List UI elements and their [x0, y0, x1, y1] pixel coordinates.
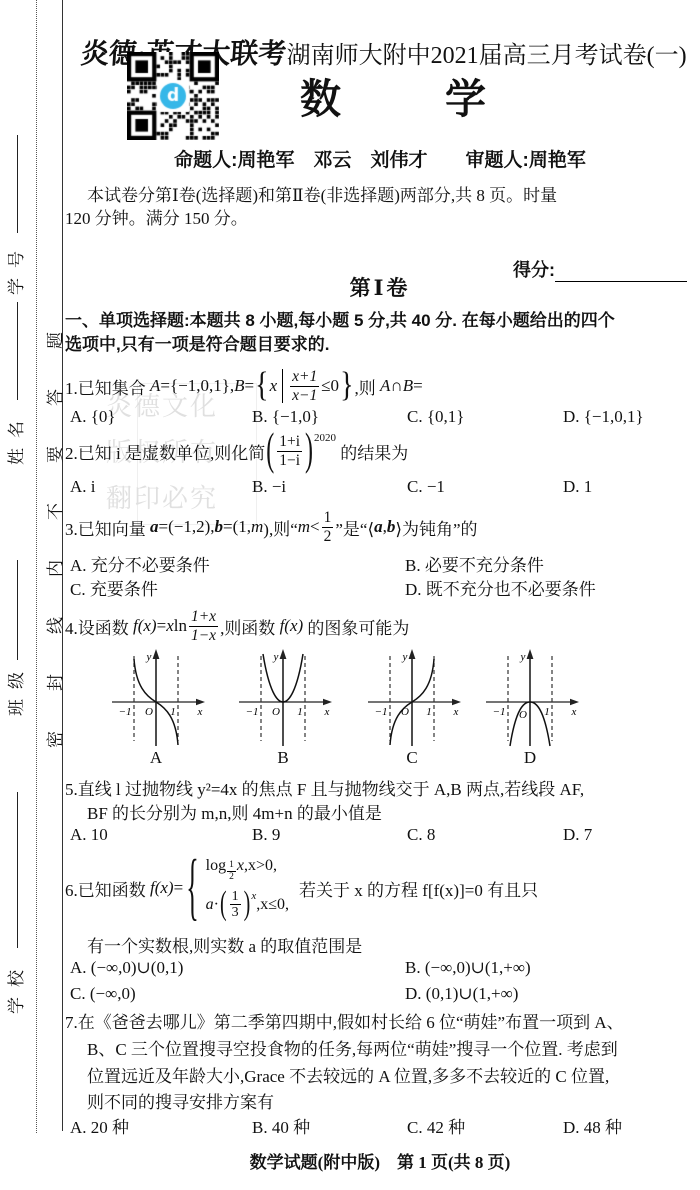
seal-dotted-line	[36, 0, 37, 1133]
q2-paren-open: (	[266, 425, 274, 476]
q6-log-base: 12	[227, 860, 236, 882]
q6-text: =	[174, 878, 184, 898]
page: { "header": { "brand": "炎德·英才大联考", "exam…	[0, 0, 700, 1190]
q2-option-c: C. −1	[407, 477, 445, 497]
q1-var-b: B	[234, 376, 244, 396]
q6-option-b: B. (−∞,0)∪(1,+∞)	[405, 958, 531, 978]
q3-text: =(1,	[223, 517, 251, 537]
q1-option-c: C. {0,1}	[407, 407, 464, 427]
q3-vector-b: b	[387, 517, 396, 537]
q5-option-c: C. 8	[407, 825, 435, 845]
origin-label: O	[401, 706, 409, 718]
q4-fx: f(x)	[280, 616, 304, 636]
x-tick-neg1: −1	[493, 706, 506, 718]
subject-title: 数 学	[300, 66, 486, 125]
q4-fraction: 1+x1−x	[189, 608, 218, 643]
intro-line-1: 本试卷分第Ⅰ卷(选择题)和第Ⅱ卷(非选择题)两部分,共 8 页。时量	[87, 181, 557, 206]
part1-heading: 第Ⅰ卷	[62, 272, 698, 302]
question-4-stem: 4.设函数 f(x)=xln 1+x1−x ,则函数 f(x) 的图象可能为	[65, 606, 409, 646]
qr-code	[127, 52, 219, 140]
subject-char-shu: 数	[300, 66, 341, 125]
x-tick-1: 1	[297, 706, 303, 718]
q4-graph-c: −1 O 1 x y	[368, 646, 462, 750]
question-1-stem: 1.已知集合 A={−1,0,1},B= { x x+1x−1 ≤0 } ,则 …	[65, 366, 423, 406]
q1-brace-open: {	[255, 366, 268, 406]
student-id-blank-line	[17, 135, 18, 233]
q6-text: 6.已知函数	[65, 876, 150, 901]
x-axis-label: x	[324, 706, 330, 718]
x-tick-1: 1	[170, 706, 176, 718]
x-axis-label: x	[197, 706, 203, 718]
q6-paren-open: (	[220, 885, 227, 924]
q3-text: ”是“⟨	[335, 515, 374, 540]
q5-option-b: B. 9	[252, 825, 280, 845]
field-label-student-id: 学号	[2, 241, 27, 295]
q7-option-b: B. 40 种	[252, 1113, 310, 1138]
q6-option-d: D. (0,1)∪(1,+∞)	[405, 984, 518, 1004]
q1-option-b: B. {−1,0}	[252, 407, 319, 427]
q4-var-x: x	[166, 616, 174, 636]
y-axis-label: y	[146, 651, 152, 663]
q7-option-c: C. 42 种	[407, 1113, 465, 1138]
q2-text: 2.已知 i 是虚数单位,则化简	[65, 439, 265, 464]
q3-fraction-numerator: 1	[322, 509, 334, 527]
x-axis-arrow	[323, 699, 332, 705]
origin-label: O	[272, 706, 280, 718]
x-tick-neg1: −1	[119, 706, 132, 718]
examiners-line: 命题人:周艳军 邓云 刘伟才 审题人:周艳军	[62, 145, 698, 172]
q3-option-c: C. 充要条件	[70, 575, 158, 600]
q1-intersect-symbol: ∩	[390, 376, 402, 396]
q4-graph-label-d: D	[510, 748, 550, 768]
q4-graph-label-c: C	[392, 748, 432, 768]
q1-text: 1.已知集合	[65, 374, 150, 399]
q6-piecewise-row-2: a·(13)x,x≤0,	[206, 889, 289, 921]
q2-paren-close: )	[305, 425, 313, 476]
q2-option-d: D. 1	[563, 477, 592, 497]
q4-graph-label-a: A	[136, 748, 176, 768]
x-tick-1: 1	[544, 706, 550, 718]
question-7-line-3: 位置远近及年龄大小,Grace 不去较远的 A 位置,多多不去较近的 C 位置,	[87, 1062, 609, 1087]
q6-var-a: a	[206, 896, 214, 914]
q4-graph-b: −1 O 1 x y	[239, 646, 333, 750]
y-axis-arrow	[409, 649, 416, 659]
origin-label: O	[145, 706, 153, 718]
q1-text: ={−1,0,1},	[160, 376, 234, 396]
q2-fraction-denominator: 1−i	[277, 452, 302, 469]
set-builder-bar	[282, 369, 283, 403]
q7-option-a: A. 20 种	[70, 1113, 129, 1138]
x-axis-label: x	[571, 706, 577, 718]
name-blank-line	[17, 302, 18, 400]
field-label-school: 学校	[2, 960, 27, 1014]
q3-text: ⟩为钝角”的	[395, 515, 477, 540]
section-instructions-line-2: 选项中,只有一项是符合题目要求的.	[65, 330, 329, 355]
q1-text: =	[413, 376, 423, 396]
q6-row1-condition: ,x>0,	[244, 857, 277, 875]
x-tick-neg1: −1	[246, 706, 259, 718]
q1-fraction-numerator: x+1	[290, 368, 319, 386]
field-label-class: 班级	[2, 662, 27, 716]
q3-text: 3.已知向量	[65, 515, 150, 540]
question-3-stem: 3.已知向量 a=(−1,2),b=(1,m),则“m< 12 ”是“⟨a,b⟩…	[65, 506, 478, 548]
seal-notice-text: 密封线内不要答题	[41, 292, 66, 748]
q4-fraction-numerator: 1+x	[189, 608, 218, 626]
subject-char-xue: 学	[445, 66, 486, 125]
question-7-line-2: B、C 三个位置搜寻空投食物的任务,每两位“萌娃”搜寻一个位置. 考虑到	[87, 1035, 618, 1060]
q3-text: ),则“	[263, 515, 297, 540]
q1-var-x: x	[270, 376, 278, 396]
q2-fraction-numerator: 1+i	[277, 433, 302, 451]
question-6-stem: 6.已知函数 f(x)= { log12x,x>0, a·(13)x,x≤0, …	[65, 848, 538, 928]
q6-piecewise-brace: {	[186, 845, 198, 932]
q3-vector-a: a	[374, 517, 383, 537]
q3-fraction: 12	[322, 509, 334, 544]
q2-option-a: A. i	[70, 477, 96, 497]
q6-log-base-den: 2	[227, 872, 236, 882]
q5-option-d: D. 7	[563, 825, 592, 845]
q7-option-d: D. 48 种	[563, 1113, 622, 1138]
q6-piecewise-row-1: log12x,x>0,	[206, 855, 289, 877]
q3-vector-b: b	[215, 517, 224, 537]
x-axis-arrow	[452, 699, 461, 705]
q3-text: =(−1,2),	[159, 517, 215, 537]
q1-option-d: D. {−1,0,1}	[563, 407, 644, 427]
q4-ln: ln	[174, 616, 187, 636]
q1-text: ≤0	[321, 376, 339, 396]
origin-label: O	[519, 709, 527, 721]
x-axis-arrow	[570, 699, 579, 705]
school-blank-line	[17, 792, 18, 948]
q1-var-a: A	[150, 376, 160, 396]
q6-paren-close: )	[244, 885, 251, 924]
q6-fraction: 13	[230, 889, 241, 921]
q4-text: ,则函数	[220, 614, 280, 639]
y-axis-label: y	[402, 651, 408, 663]
q6-fraction-den: 3	[230, 905, 241, 920]
q1-var-a: A	[380, 376, 390, 396]
q4-text: 的图象可能为	[303, 614, 409, 639]
question-7-line-4: 则不同的搜寻安排方案有	[87, 1088, 274, 1113]
q4-fx: f(x)	[133, 616, 157, 636]
q1-fraction: x+1x−1	[290, 368, 319, 403]
q6-var-x: x	[237, 857, 244, 875]
y-axis-arrow	[527, 649, 534, 659]
q6-log: log	[206, 857, 226, 875]
footer-line: 数学试题(附中版) 第 1 页(共 8 页)	[62, 1148, 698, 1173]
q6-option-c: C. (−∞,0)	[70, 984, 136, 1004]
y-axis-label: y	[273, 651, 279, 663]
question-6-line-2: 有一个实数根,则实数 a 的取值范围是	[87, 932, 362, 957]
q6-side-text: 若关于 x 的方程 f[f(x)]=0 有且只	[299, 876, 538, 901]
q6-fx: f(x)	[150, 878, 174, 898]
question-2-stem: 2.已知 i 是虚数单位,则化简 ( 1+i1−i ) 2020 的结果为	[65, 430, 408, 472]
q3-var-m: m	[298, 517, 310, 537]
y-axis-arrow	[280, 649, 287, 659]
q2-text: 的结果为	[336, 439, 408, 464]
q3-fraction-denominator: 2	[322, 528, 334, 545]
question-7-line-1: 7.在《爸爸去哪儿》第二季第四期中,假如村长给 6 位“萌娃”布置一项到 A、	[65, 1008, 624, 1033]
intro-line-2: 120 分钟。满分 150 分。	[65, 204, 248, 229]
x-axis-label: x	[453, 706, 459, 718]
x-tick-1: 1	[426, 706, 432, 718]
section-instructions-line-1: 一、单项选择题:本题共 8 小题,每小题 5 分,共 40 分. 在每小题给出的…	[65, 306, 615, 331]
q6-row2-condition: ,x≤0,	[256, 896, 289, 914]
x-axis-arrow	[196, 699, 205, 705]
q4-graph-label-b: B	[263, 748, 303, 768]
q4-fraction-denominator: 1−x	[189, 627, 218, 644]
question-5-line-1: 5.直线 l 过抛物线 y²=4x 的焦点 F 且与抛物线交于 A,B 两点,若…	[65, 775, 584, 800]
q6-dot: ·	[214, 896, 219, 914]
y-axis-arrow	[153, 649, 160, 659]
q6-fraction-num: 1	[230, 889, 241, 905]
q3-var-m: m	[251, 517, 263, 537]
q6-log-base-num: 1	[227, 860, 236, 871]
q3-option-b: B. 必要不充分条件	[405, 551, 544, 576]
q4-graph-a: −1 O 1 x y	[112, 646, 206, 750]
y-axis-label: y	[520, 651, 526, 663]
q4-text: =	[157, 616, 167, 636]
field-label-name: 姓名	[2, 411, 27, 465]
q6-option-a: A. (−∞,0)∪(0,1)	[70, 958, 183, 978]
q1-var-b: B	[403, 376, 413, 396]
q1-option-a: A. {0}	[70, 407, 116, 427]
class-blank-line	[17, 560, 18, 660]
q1-text: =	[245, 376, 255, 396]
q1-fraction-denominator: x−1	[290, 387, 319, 404]
q3-text: <	[310, 517, 320, 537]
q2-exponent: 2020	[314, 432, 336, 444]
q2-fraction: 1+i1−i	[277, 433, 302, 468]
q3-option-a: A. 充分不必要条件	[70, 551, 210, 576]
question-5-line-2: BF 的长分别为 m,n,则 4m+n 的最小值是	[87, 799, 382, 824]
q6-piecewise-rows: log12x,x>0, a·(13)x,x≤0,	[206, 855, 289, 921]
q1-brace-close: }	[340, 366, 353, 406]
q4-text: 4.设函数	[65, 614, 133, 639]
q4-graph-d: −1 O 1 x y	[486, 646, 580, 750]
q1-text: ,则	[355, 374, 381, 399]
q2-option-b: B. −i	[252, 477, 286, 497]
q3-vector-a: a	[150, 517, 159, 537]
x-tick-neg1: −1	[375, 706, 388, 718]
q5-option-a: A. 10	[70, 825, 108, 845]
q3-option-d: D. 既不充分也不必要条件	[405, 575, 596, 600]
q6-exponent-x: x	[251, 890, 256, 902]
